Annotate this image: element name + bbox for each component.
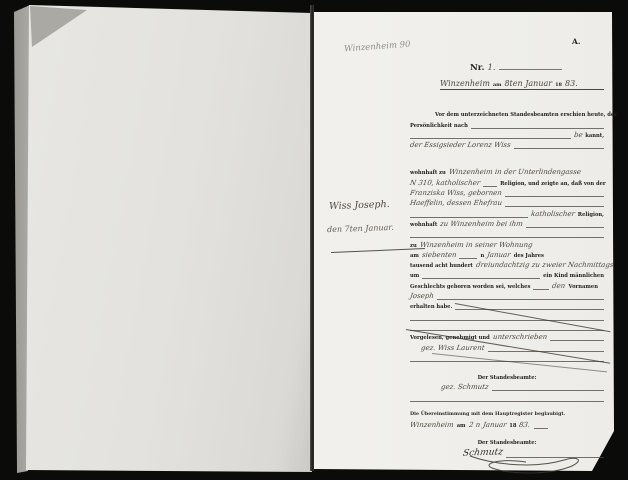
form-line: Der Standesbeamte:	[410, 435, 604, 445]
form-line: katholischerReligion,	[410, 207, 604, 217]
form-line: Winzenheimam2 nJanuar1883.	[410, 419, 604, 429]
blank-rule	[459, 252, 477, 259]
handwritten-text: zu Winzenheim bei ihm	[440, 220, 524, 228]
nr-label: Nr.	[470, 63, 484, 73]
margin-note-name: Wiss Joseph.	[329, 199, 390, 212]
blank-rule	[410, 211, 528, 218]
form-line: gez. Schmutz	[410, 381, 604, 391]
spacer	[410, 390, 438, 391]
spacer	[410, 117, 432, 118]
form-line: wohnhaft zuWinzenheim in der Unterlinden…	[410, 166, 604, 176]
blank-rule	[422, 272, 540, 279]
form-line: Joseph	[410, 290, 604, 300]
handwritten-text: 2 n	[468, 421, 480, 429]
printed-text: n	[480, 253, 484, 259]
year-written: 83.	[565, 79, 578, 88]
handwritten-text: dreiundachtzig zu zweier Nachmittags	[475, 261, 614, 269]
form-line: Die Übereinstimmung mit dem Hauptregiste…	[410, 407, 604, 417]
printed-text: am	[410, 253, 419, 259]
handwritten-text: Joseph	[409, 292, 434, 300]
handwritten-text: Franziska Wiss, gebornen	[409, 189, 502, 197]
handwritten-text: be	[573, 131, 583, 139]
form-line: erhalten habe.	[410, 300, 604, 310]
blank-rule	[410, 314, 604, 321]
printed-text: Vornamen	[569, 284, 598, 290]
signature-flourish	[468, 450, 598, 476]
record-day-month: 8ten Januar	[504, 79, 552, 88]
form-line: zuWinzenheim in seiner Wohnung	[410, 238, 604, 248]
printed-text: am	[457, 423, 466, 429]
form-line: Der Standesbeamte:	[410, 371, 604, 381]
record-place-date-row: Winzenheim am 8ten Januar 18 83.	[440, 79, 604, 90]
form-line: tausend acht hundertdreiundachtzig zu zw…	[410, 259, 604, 269]
handwritten-text: N 310, katholischer	[409, 179, 480, 187]
form-line: amsiebentennJanuardes Jahres	[410, 249, 604, 259]
printed-text: zu	[410, 243, 417, 249]
handwritten-text: Januar	[487, 251, 512, 259]
record-place: Winzenheim	[440, 79, 490, 88]
blank-rule	[437, 293, 604, 300]
form-line	[410, 391, 604, 401]
handwritten-text: gez. Schmutz	[440, 383, 489, 391]
form-line: der Essigsieder Lorenz Wiss	[410, 139, 604, 149]
blank-rule	[410, 231, 604, 238]
form-line: wohnhaftzu Winzenheim bei ihm	[410, 218, 604, 228]
handwritten-text: den	[552, 282, 566, 290]
form-line: Vor dem unterzeichneten Standesbeamten e…	[410, 108, 604, 118]
form-line: Geschlechts geboren worden sei, welchesd…	[410, 279, 604, 289]
blank-rule	[410, 132, 571, 139]
blank-rule	[505, 200, 604, 207]
printed-text: tausend acht hundert	[410, 263, 473, 269]
printed-text: wohnhaft	[410, 222, 437, 228]
blank-rule	[505, 190, 604, 197]
register-book-scan: Winzenheim 90 A. Nr. 1. Winzenheim am 8t…	[0, 0, 628, 480]
handwritten-text: Winzenheim in seiner Wohnung	[419, 241, 533, 249]
form-line: Vorgelesen, genehmigt undunterschrieben	[410, 331, 604, 341]
printed-text: des Jahres	[514, 253, 544, 259]
handwritten-text: katholischer	[530, 210, 575, 218]
spacer	[410, 457, 460, 458]
am-label: am	[493, 82, 502, 88]
blank-rule	[483, 180, 497, 187]
printed-text: Geschlechts geboren worden sei, welches	[410, 284, 530, 290]
printed-text: 18	[509, 423, 516, 429]
printed-text: Religion, und zeigte an, daß von der	[500, 181, 606, 187]
printed-text: Der Standesbeamte:	[478, 375, 537, 381]
form-line: bekannt,	[410, 129, 604, 139]
handwritten-text: gez. Wiss Laurent	[420, 344, 485, 352]
year-printed: 18	[555, 82, 562, 88]
printed-text: wohnhaft zu	[410, 170, 446, 176]
book-gutter-shadow	[310, 5, 314, 471]
blank-rule	[514, 142, 604, 149]
printed-text: um	[410, 273, 419, 279]
handwritten-text: 83.	[519, 421, 531, 429]
form-lines: Vor dem unterzeichneten Standesbeamten e…	[410, 108, 604, 458]
nr-value: 1.	[487, 63, 495, 73]
blank-rule	[471, 122, 604, 129]
printed-text-small: Die Übereinstimmung mit dem Hauptregiste…	[410, 411, 565, 417]
handwritten-text: Winzenheim in der Unterlindengasse	[448, 168, 581, 176]
register-type-label: A.	[572, 37, 580, 46]
record-number-row: Nr. 1.	[470, 63, 562, 73]
form-line: Franziska Wiss, gebornen	[410, 187, 604, 197]
blank-rule	[410, 395, 604, 402]
handwritten-text: Januar	[482, 421, 507, 429]
form-line: N 310, katholischerReligion, und zeigte …	[410, 176, 604, 186]
blank-rule	[534, 422, 548, 429]
handwritten-text: unterschrieben	[492, 333, 547, 341]
handwritten-text: Haeffelin, dessen Ehefrau	[409, 199, 502, 207]
handwritten-text: Winzenheim	[409, 421, 454, 429]
printed-text: Religion,	[578, 212, 604, 218]
printed-text: Persönlichkeit nach	[410, 123, 468, 129]
handwritten-text: siebenten	[421, 251, 457, 259]
blank-rule	[533, 283, 549, 290]
handwritten-text: der Essigsieder Lorenz Wiss	[409, 141, 511, 149]
printed-text: Der Standesbeamte:	[478, 440, 537, 446]
blank-rule	[499, 63, 562, 70]
form-line: Persönlichkeit nach	[410, 118, 604, 128]
form-line	[410, 228, 604, 238]
blank-rule	[550, 334, 604, 341]
printed-text: kannt,	[585, 133, 604, 139]
left-blank-page	[0, 0, 312, 480]
printed-text: ein Kind männlichen	[543, 273, 604, 279]
form-line: umein Kind männlichen	[410, 269, 604, 279]
printed-text: Vor dem unterzeichneten Standesbeamten e…	[435, 112, 617, 118]
printed-text: erhalten habe.	[410, 304, 452, 310]
form-line: Haeffelin, dessen Ehefrau	[410, 197, 604, 207]
blank-rule	[526, 221, 604, 228]
blank-rule	[492, 384, 604, 391]
spacer	[410, 351, 418, 352]
